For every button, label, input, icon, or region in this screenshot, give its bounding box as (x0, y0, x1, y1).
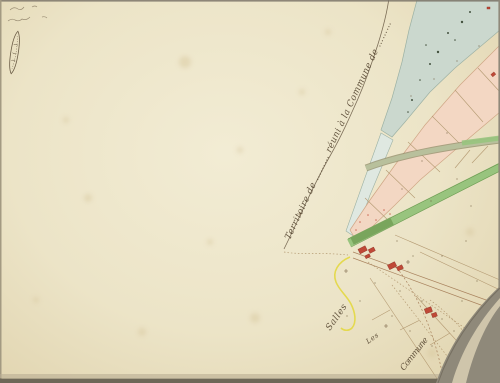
commune-label: Commune (398, 335, 431, 373)
map-drawing: Territoire de ……… réuni à la Commune de … (0, 0, 500, 383)
pencil-annotations (8, 6, 47, 21)
place-label-les: Les (364, 331, 381, 346)
map-sheet: Territoire de ……… réuni à la Commune de … (0, 0, 500, 383)
place-label-salles: Salles (324, 302, 350, 333)
scanned-map-photo: Territoire de ……… réuni à la Commune de … (0, 0, 500, 383)
archive-stamp-icon (7, 31, 21, 75)
